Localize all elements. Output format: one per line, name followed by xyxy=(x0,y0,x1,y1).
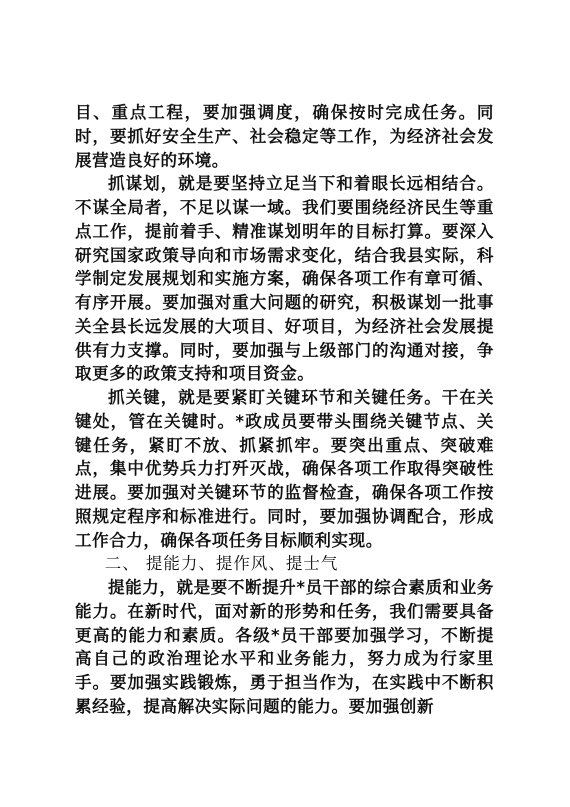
paragraph-key-tasks: 抓关键，就是要紧盯关键环节和关键任务。干在关键处，管在关键时。*政成员要带头围绕… xyxy=(75,386,494,552)
paragraph-continuation: 目、重点工程，要加强调度，确保按时完成任务。同时，要抓好安全生产、社会稳定等工作… xyxy=(75,101,494,172)
document-body: 目、重点工程，要加强调度，确保按时完成任务。同时，要抓好安全生产、社会稳定等工作… xyxy=(75,101,494,719)
document-page: 目、重点工程，要加强调度，确保按时完成任务。同时，要抓好安全生产、社会稳定等工作… xyxy=(0,0,570,807)
section-heading: 二、 提能力、提作风、提士气 xyxy=(75,552,494,576)
paragraph-planning: 抓谋划，就是要坚持立足当下和着眼长远相结合。不谋全局者，不足以谋一域。我们要围绕… xyxy=(75,172,494,386)
paragraph-capability: 提能力，就是要不断提升*员干部的综合素质和业务能力。在新时代，面对新的形势和任务… xyxy=(75,576,494,719)
